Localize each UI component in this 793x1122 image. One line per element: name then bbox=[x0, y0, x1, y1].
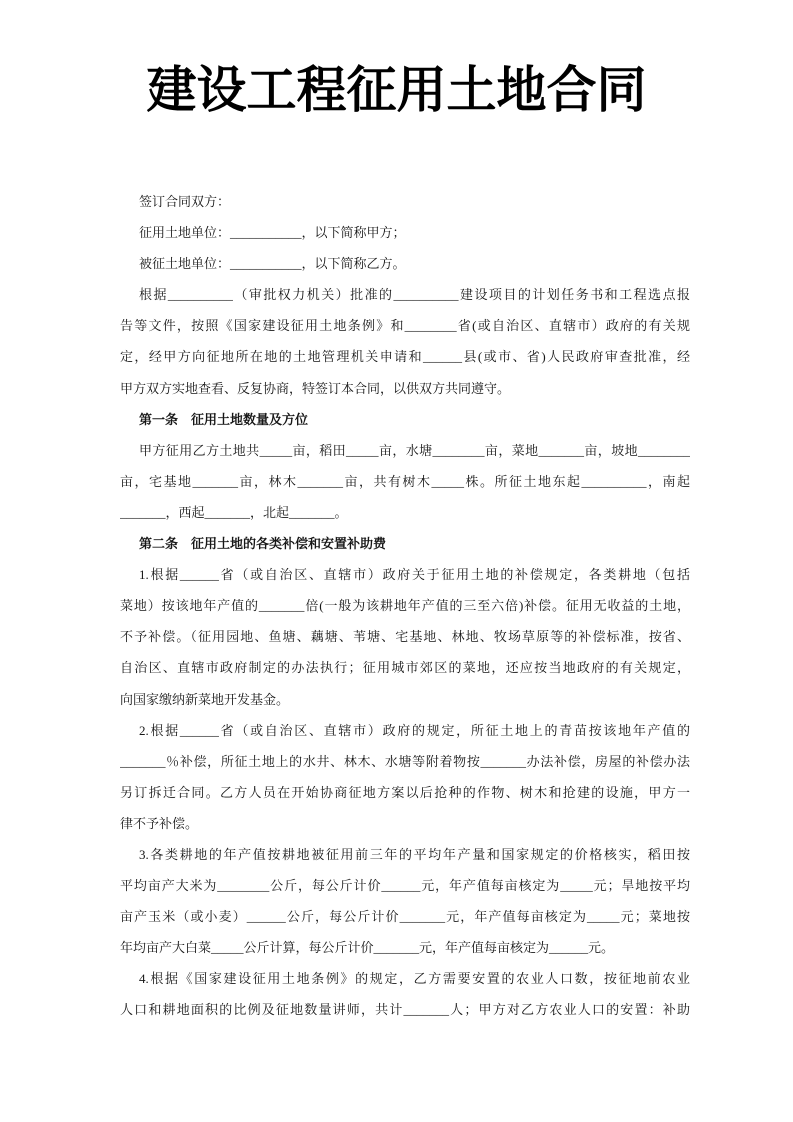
contract-line: 4.根据《国家建设征用土地条例》的规定，乙方需要安置的农业人口数，按征地前农业 bbox=[120, 963, 690, 994]
contract-line: 人口和耕地面积的比例及征地数量讲师，共计_______人；甲方对乙方农业人口的安… bbox=[120, 994, 690, 1025]
section-heading-2: 第二条 征用土地的各类补偿和安置补助费 bbox=[120, 528, 690, 559]
contract-line: 3.各类耕地的年产值按耕地被征用前三年的平均年产量和国家规定的价格核实，稻田按 bbox=[120, 839, 690, 870]
contract-line: 甲方征用乙方土地共_____亩，稻田_____亩，水塘________亩，菜地_… bbox=[120, 435, 690, 466]
contract-line: 自治区、直辖市政府制定的办法执行；征用城市郊区的菜地，还应按当地政府的有关规定， bbox=[120, 652, 690, 683]
document-title: 建设工程征用土地合同 bbox=[0, 60, 793, 120]
contract-line: 年均亩产大白菜_____公斤计算，每公斤计价_______元，年产值每亩核定为_… bbox=[120, 932, 690, 963]
contract-line: 甲方双方实地查看、反复协商，特签订本合同，以供双方共同遵守。 bbox=[120, 373, 690, 404]
contract-line: 不予补偿。（征用园地、鱼塘、藕塘、苇塘、宅基地、林地、牧场草原等的补偿标准，按省… bbox=[120, 621, 690, 652]
section-heading-1: 第一条 征用土地数量及方位 bbox=[120, 404, 690, 435]
contract-line: 1.根据______省（或自治区、直辖市）政府关于征用土地的补偿规定，各类耕地（… bbox=[120, 559, 690, 590]
contract-line: 律不予补偿。 bbox=[120, 808, 690, 839]
contract-line: 征用土地单位：___________，以下简称甲方； bbox=[120, 217, 690, 248]
contract-line: 菜地）按该地年产值的_______倍(一般为该耕地年产值的三至六倍)补偿。征用无… bbox=[120, 590, 690, 621]
contract-line: 平均亩产大米为________公斤，每公斤计价______元，年产值每亩核定为_… bbox=[120, 870, 690, 901]
contract-line: 另订拆迁合同。乙方人员在开始协商征地方案以后抢种的作物、树木和抢建的设施，甲方一 bbox=[120, 777, 690, 808]
contract-line: 签订合同双方： bbox=[120, 186, 690, 217]
contract-line: 根据__________（审批权力机关）批准的__________建设项目的计划… bbox=[120, 279, 690, 310]
document-page: 建设工程征用土地合同 签订合同双方： 征用土地单位：___________，以下… bbox=[0, 0, 793, 1122]
contract-line: 亩产玉米（或小麦）______公斤，每公斤计价_______元，年产值每亩核定为… bbox=[120, 901, 690, 932]
contract-line: 亩，宅基地_______亩，林木_______亩，共有树木_____株。所征土地… bbox=[120, 466, 690, 497]
contract-line: _______％补偿，所征土地上的水井、林木、水塘等附着物按_______办法补… bbox=[120, 746, 690, 777]
contract-line: 被征土地单位：___________，以下简称乙方。 bbox=[120, 248, 690, 279]
contract-line: _______，西起_______，北起_______。 bbox=[120, 497, 690, 528]
contract-line: 向国家缴纳新菜地开发基金。 bbox=[120, 684, 690, 715]
contract-line: 告等文件，按照《国家建设征用土地条例》和________省(或自治区、直辖市）政… bbox=[120, 310, 690, 341]
contract-line: 定，经甲方向征地所在地的土地管理机关申请和______县(或市、省)人民政府审查… bbox=[120, 341, 690, 372]
contract-line: 2.根据______省（或自治区、直辖市）政府的规定，所征土地上的青苗按该地年产… bbox=[120, 715, 690, 746]
document-body: 签订合同双方： 征用土地单位：___________，以下简称甲方； 被征土地单… bbox=[120, 186, 690, 1026]
